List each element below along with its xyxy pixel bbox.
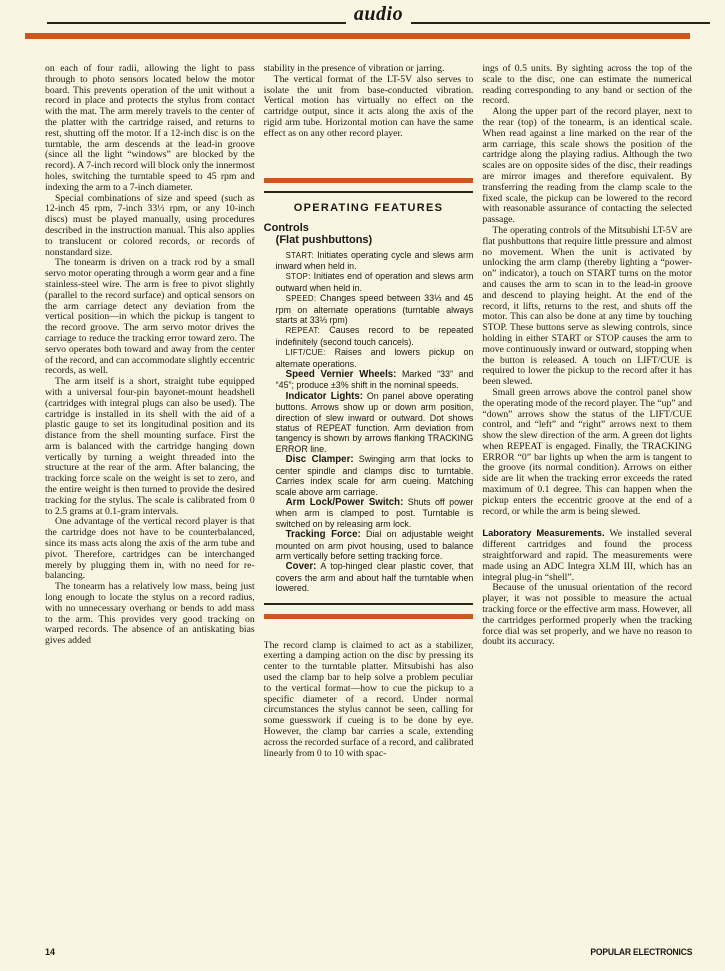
paragraph: The record clamp is claimed to act as a … bbox=[264, 641, 474, 760]
section-title: audio bbox=[354, 5, 403, 24]
article-columns: on each of four radii, allowing the ligh… bbox=[45, 64, 692, 935]
box-top-black-rule bbox=[264, 191, 474, 193]
feature-entry-speed: SPEED: Changes speed between 33⅓ and 45 … bbox=[264, 293, 474, 325]
feature-entry-disc-clamper: Disc Clamper: Swinging arm that locks to… bbox=[264, 454, 474, 497]
entry-label: REPEAT: bbox=[286, 326, 320, 335]
feature-entry-lift-cue: LIFT/CUE: Raises and lowers pickup on al… bbox=[264, 347, 474, 369]
feature-entry-speed-vernier-wheels: Speed Vernier Wheels: Marked “33” and “4… bbox=[264, 369, 474, 391]
entry-label: STOP: bbox=[286, 272, 311, 281]
controls-subheading: (Flat pushbuttons) bbox=[276, 234, 474, 247]
paragraph: The tonearm is driven on a track rod by … bbox=[45, 258, 255, 377]
operating-features-box: OPERATING FEATURES Controls (Flat pushbu… bbox=[264, 178, 474, 619]
entry-label: Indicator Lights: bbox=[286, 391, 363, 402]
masthead: audio bbox=[47, 0, 710, 24]
feature-entry-tracking-force: Tracking Force: Dial on adjustable weigh… bbox=[264, 529, 474, 561]
header-rule-right bbox=[411, 22, 710, 24]
paragraph: The tonearm has a relatively low mass, b… bbox=[45, 582, 255, 647]
paragraph: ings of 0.5 units. By sighting across th… bbox=[482, 64, 692, 107]
paragraph: Because of the unusual orientation of th… bbox=[482, 583, 692, 648]
controls-heading: Controls bbox=[264, 222, 474, 235]
feature-entry-repeat: REPEAT: Causes record to be repeated ind… bbox=[264, 325, 474, 347]
paragraph: Small green arrows above the control pan… bbox=[482, 388, 692, 518]
paragraph: One advantage of the vertical record pla… bbox=[45, 517, 255, 582]
paragraph: on each of four radii, allowing the ligh… bbox=[45, 64, 255, 194]
magazine-name: POPULAR ELECTRONICS bbox=[590, 947, 692, 957]
feature-entry-arm-lock-power-switch: Arm Lock/Power Switch: Shuts off power w… bbox=[264, 497, 474, 529]
feature-entry-cover: Cover: A top-hinged clear plastic cover,… bbox=[264, 561, 474, 593]
entry-label: SPEED: bbox=[286, 294, 317, 303]
page-footer: 14 POPULAR ELECTRONICS bbox=[45, 947, 692, 957]
lab-measurements-paragraph: Laboratory Measurements. We installed se… bbox=[482, 528, 692, 583]
entry-label: Disc Clamper: bbox=[286, 454, 354, 465]
feature-entry-start: START: Initiates operating cycle and sle… bbox=[264, 250, 474, 272]
entry-label: START: bbox=[286, 251, 314, 260]
column-3: ings of 0.5 units. By sighting across th… bbox=[482, 64, 692, 935]
box-bottom-black-rule bbox=[264, 603, 474, 605]
box-bottom-orange-rule bbox=[264, 614, 474, 619]
accent-bar bbox=[25, 33, 690, 39]
column-2: stability in the presence of vibration o… bbox=[264, 64, 474, 935]
paragraph: Special combinations of size and speed (… bbox=[45, 194, 255, 259]
column-1: on each of four radii, allowing the ligh… bbox=[45, 64, 255, 935]
paragraph: The vertical format of the LT-5V also se… bbox=[264, 75, 474, 140]
entry-label: Tracking Force: bbox=[286, 529, 361, 540]
entry-label: Speed Vernier Wheels: bbox=[286, 369, 397, 380]
feature-entry-indicator-lights: Indicator Lights: On panel above operati… bbox=[264, 391, 474, 454]
lab-measurements-heading: Laboratory Measurements. bbox=[482, 527, 604, 538]
entry-label: Arm Lock/Power Switch: bbox=[286, 497, 404, 508]
paragraph: The operating controls of the Mitsubishi… bbox=[482, 226, 692, 388]
paragraph: Along the upper part of the record playe… bbox=[482, 107, 692, 226]
entry-label: Cover: bbox=[286, 561, 317, 572]
paragraph: The arm itself is a short, straight tube… bbox=[45, 377, 255, 517]
box-title: OPERATING FEATURES bbox=[264, 202, 474, 214]
header-rule-left bbox=[47, 22, 346, 24]
box-top-orange-rule bbox=[264, 178, 474, 183]
magazine-page: audio on each of four radii, allowing th… bbox=[0, 0, 725, 971]
page-number: 14 bbox=[45, 947, 55, 957]
feature-entry-stop: STOP: Initiates end of operation and sle… bbox=[264, 271, 474, 293]
entry-label: LIFT/CUE: bbox=[286, 348, 326, 357]
